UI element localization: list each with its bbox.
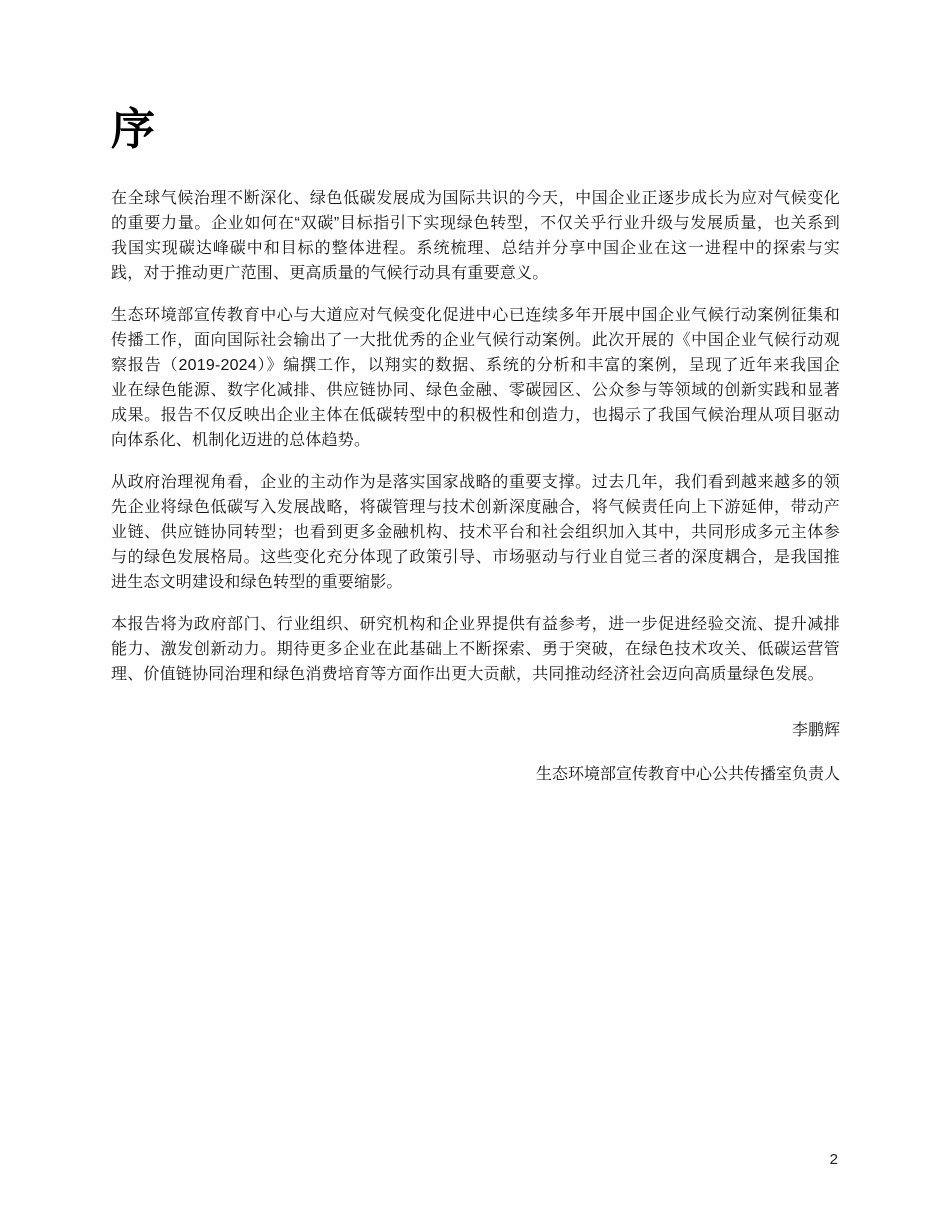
paragraph-line: 成果。报告不仅反映出企业主体在低碳转型中的积极性和创造力，也揭示了我国气候治理从… bbox=[111, 403, 840, 428]
signer-affiliation: 生态环境部宣传教育中心公共传播室负责人 bbox=[111, 762, 840, 787]
paragraph-line: 我国实现碳达峰碳中和目标的整体进程。系统梳理、总结并分享中国企业在这一进程中的探… bbox=[111, 236, 840, 261]
signer-name: 李鹏辉 bbox=[111, 718, 840, 743]
paragraph-2: 生态环境部宣传教育中心与大道应对气候变化促进中心已连续多年开展中国企业气候行动案… bbox=[111, 303, 840, 453]
paragraph-line: 传播工作，面向国际社会输出了一大批优秀的企业气候行动案例。此次开展的《中国企业气… bbox=[111, 328, 840, 353]
page-number: 2 bbox=[830, 1150, 838, 1170]
paragraph-line: 进生态文明建设和绿色转型的重要缩影。 bbox=[111, 570, 840, 595]
paragraph-line: 与的绿色发展格局。这些变化充分体现了政策引导、市场驱动与行业自觉三者的深度耦合，… bbox=[111, 545, 840, 570]
paragraph-line: 本报告将为政府部门、行业组织、研究机构和企业界提供有益参考，进一步促进经验交流、… bbox=[111, 612, 840, 637]
paragraph-line: 践，对于推动更广范围、更高质量的气候行动具有重要意义。 bbox=[111, 261, 840, 286]
paragraph-line: 生态环境部宣传教育中心与大道应对气候变化促进中心已连续多年开展中国企业气候行动案… bbox=[111, 303, 840, 328]
paragraph-line: 业在绿色能源、数字化减排、供应链协同、绿色金融、零碳园区、公众参与等领域的创新实… bbox=[111, 378, 840, 403]
paragraph-1: 在全球气候治理不断深化、绿色低碳发展成为国际共识的今天，中国企业正逐步成长为应对… bbox=[111, 186, 840, 286]
paragraph-line: 理、价值链协同治理和绿色消费培育等方面作出更大贡献，共同推动经济社会迈向高质量绿… bbox=[111, 662, 840, 687]
page-title: 序 bbox=[111, 104, 840, 156]
signature-block: 李鹏辉 生态环境部宣传教育中心公共传播室负责人 bbox=[111, 718, 840, 787]
document-page: 序 在全球气候治理不断深化、绿色低碳发展成为国际共识的今天，中国企业正逐步成长为… bbox=[0, 0, 950, 1230]
paragraph-line: 向体系化、机制化迈进的总体趋势。 bbox=[111, 428, 840, 453]
paragraph-line: 察报告（2019-2024）》编撰工作，以翔实的数据、系统的分析和丰富的案例，呈… bbox=[111, 353, 840, 378]
paragraph-3: 从政府治理视角看，企业的主动作为是落实国家战略的重要支撑。过去几年，我们看到越来… bbox=[111, 470, 840, 595]
paragraph-line: 业链、供应链协同转型；也看到更多金融机构、技术平台和社会组织加入其中，共同形成多… bbox=[111, 520, 840, 545]
paragraph-line: 能力、激发创新动力。期待更多企业在此基础上不断探索、勇于突破，在绿色技术攻关、低… bbox=[111, 637, 840, 662]
paragraph-4: 本报告将为政府部门、行业组织、研究机构和企业界提供有益参考，进一步促进经验交流、… bbox=[111, 612, 840, 687]
paragraph-line: 先企业将绿色低碳写入发展战略，将碳管理与技术创新深度融合，将气候责任向上下游延伸… bbox=[111, 495, 840, 520]
paragraph-line: 从政府治理视角看，企业的主动作为是落实国家战略的重要支撑。过去几年，我们看到越来… bbox=[111, 470, 840, 495]
paragraph-line: 的重要力量。企业如何在“双碳”目标指引下实现绿色转型，不仅关乎行业升级与发展质量… bbox=[111, 211, 840, 236]
paragraph-line: 在全球气候治理不断深化、绿色低碳发展成为国际共识的今天，中国企业正逐步成长为应对… bbox=[111, 186, 840, 211]
page-content: 序 在全球气候治理不断深化、绿色低碳发展成为国际共识的今天，中国企业正逐步成长为… bbox=[0, 104, 950, 787]
